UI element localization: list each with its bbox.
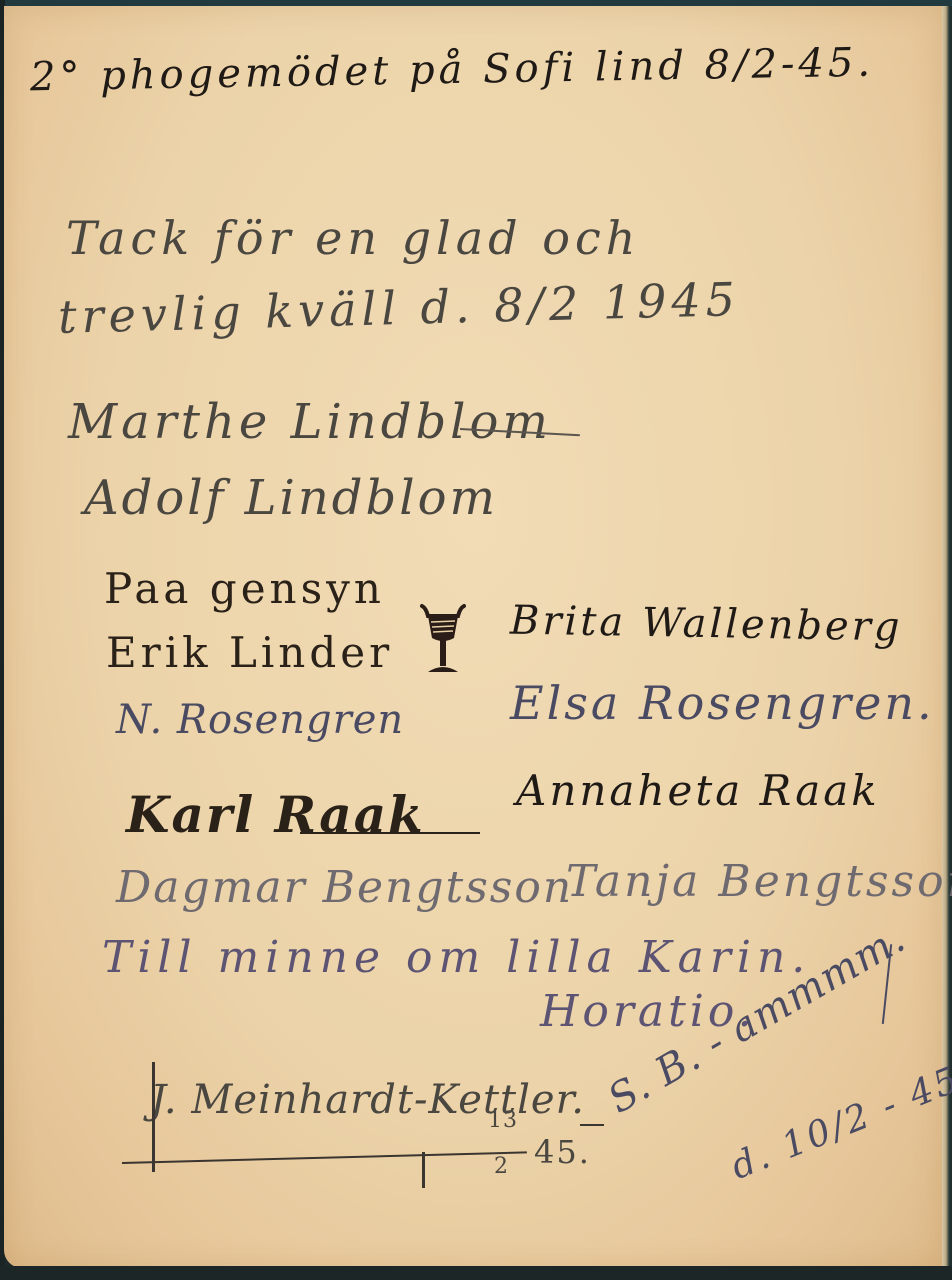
thanks-line-1: Tack för en glad och [66,215,640,261]
signature-marthe-lindblom: Marthe Lindblom [68,398,552,446]
date-numerator: 13 [488,1110,518,1132]
signature-vertical-stroke [152,1062,155,1172]
signature-tanja-bengtsson: Tanja Bengtsson [566,860,952,904]
signature-meinhardt-kettler: J. Meinhardt-Kettler. [150,1080,585,1120]
signature-n-rosengren: N. Rosengren [116,700,404,740]
signature-vertical-stroke-2 [422,1152,425,1188]
signature-brita-wallenberg: Brita Wallenberg [510,601,903,648]
date-year-bottom-left: 45. [534,1136,591,1168]
signature-elsa-rosengren: Elsa Rosengren. [510,680,935,726]
book-cover-bottom [0,1266,952,1280]
signature-dagmar-bengtsson: Dagmar Bengtsson [116,866,573,910]
dedication-till-minne: Till minne om lilla Karin. [102,936,811,980]
signature-adolf-lindblom: Adolf Lindblom [84,474,498,522]
signature-annaheta-raak: Annaheta Raak [516,770,880,812]
signature-erik-linder: Erik Linder [106,632,393,674]
date-denominator: 2 [494,1156,509,1178]
greeting-paa-gensyn: Paa gensyn [104,568,385,610]
signature-underline-karl [300,832,480,834]
dash-bottom-left [580,1124,604,1126]
goblet-icon [418,602,468,676]
